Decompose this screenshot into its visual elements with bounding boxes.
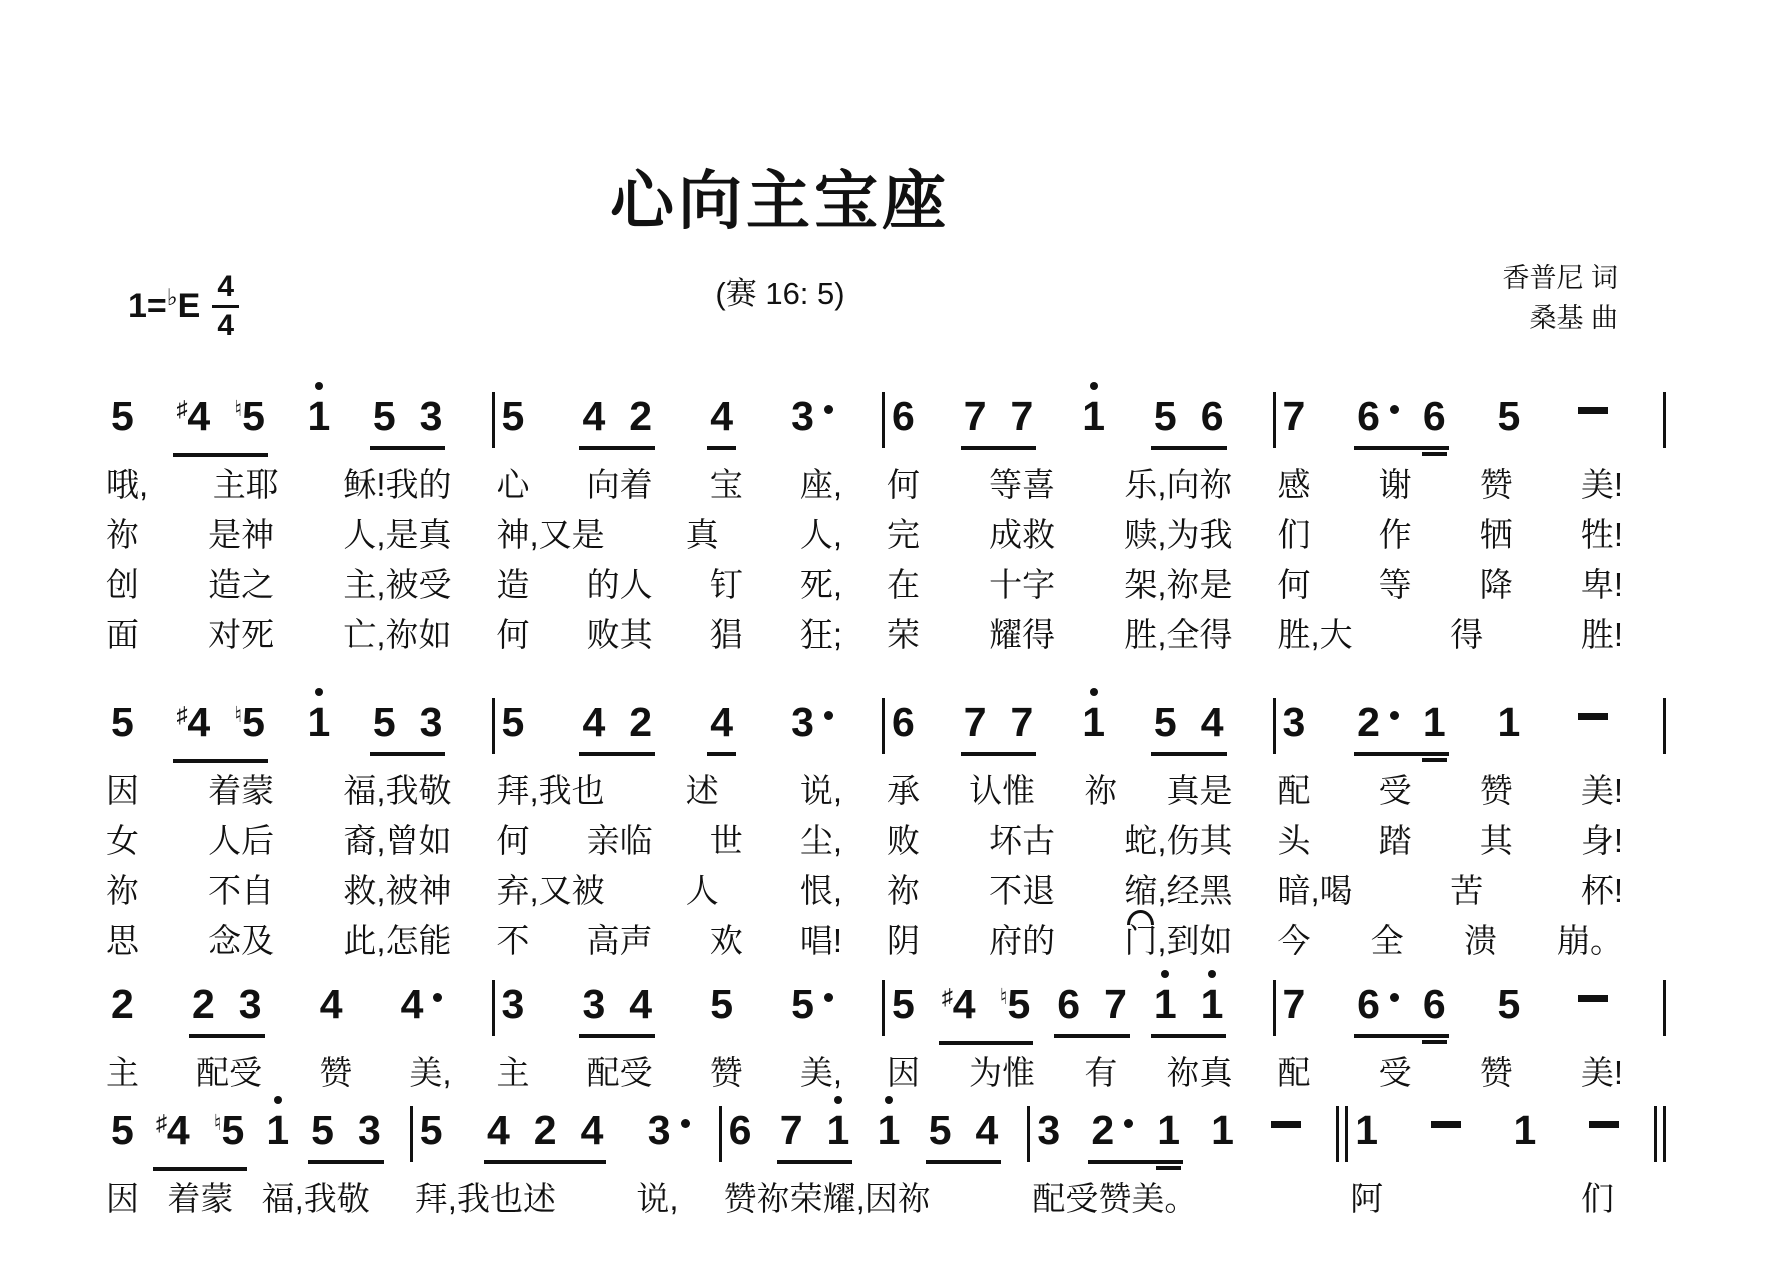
measure: 5♯4♮56711 <box>885 980 1273 1045</box>
lyric-syllable: 哦, <box>106 466 148 504</box>
lyric-spacer <box>1663 872 1666 910</box>
lyric-syllable: 福,我敬 <box>343 772 451 810</box>
note: 1 <box>878 1106 901 1154</box>
lyric-syllable: 福,我敬 <box>262 1180 370 1218</box>
lyric-syllable: 胜,全得 <box>1124 616 1232 654</box>
beamed-note-group: 71 <box>777 1106 853 1164</box>
measure: 7665 <box>1276 980 1664 1038</box>
octave-dot-icon <box>315 382 323 390</box>
beamed-note-group: ♯4♮5 <box>939 980 1034 1045</box>
lyric-syllable: 阴 <box>887 922 920 960</box>
lyric-syllable: 为惟 <box>969 1054 1035 1092</box>
note: ♮5 <box>214 1106 245 1161</box>
lyric-syllable: 创 <box>106 566 139 604</box>
lyric-syllable: 承 <box>887 772 920 810</box>
double-barline <box>1654 1106 1666 1162</box>
note-group: 5 <box>1494 392 1523 446</box>
lyric-syllable: 荣 <box>887 616 920 654</box>
barline <box>1336 1106 1339 1162</box>
note: 1 <box>1211 1106 1234 1154</box>
lyrics-cell: 女人后裔,曾如 <box>104 822 492 860</box>
note-group <box>1569 698 1617 752</box>
note: 1 <box>307 392 330 440</box>
half-note-dash-icon <box>1578 407 1608 414</box>
lyrics-row: 因着蒙福,我敬拜,我也述说,赞祢荣耀,因祢配受赞美。阿们 <box>104 1180 1666 1218</box>
lyric-syllable: 降 <box>1480 566 1513 604</box>
lyrics-cell: 何等降卑! <box>1276 566 1664 604</box>
lyrics-cell: 因着蒙福,我敬 <box>104 772 492 810</box>
lyric-syllable: 乐,向祢 <box>1124 466 1232 504</box>
barline <box>1663 698 1666 754</box>
beamed-note-group: 54 <box>926 1106 1002 1164</box>
natural-icon: ♮ <box>234 702 242 727</box>
augmentation-dot-icon <box>1390 993 1399 1002</box>
meter-numerator: 4 <box>212 272 239 308</box>
note: 7 <box>1104 980 1127 1028</box>
lyric-spacer <box>1654 1180 1666 1218</box>
note: 2 <box>111 980 134 1028</box>
dash-note <box>1425 1106 1467 1154</box>
note: 5 <box>502 392 525 440</box>
lyric-syllable: 真 <box>686 516 719 554</box>
note: 1 <box>827 1106 850 1154</box>
octave-dot-icon <box>1090 382 1098 390</box>
lyric-syllable: 缩,经黑 <box>1124 872 1232 910</box>
lyrics-row: 思念及此,怎能不高声欢唱!阴府的门,到如今全溃崩。 <box>104 922 1666 960</box>
barline <box>1663 392 1666 448</box>
note: 4 <box>581 1106 604 1154</box>
lyric-syllable: 念及 <box>208 922 274 960</box>
note: 5 <box>111 698 134 746</box>
lyrics-cell: 何亲临世尘, <box>495 822 883 860</box>
note-group: 5 <box>788 980 836 1034</box>
lyric-syllable: 裔,曾如 <box>343 822 451 860</box>
lyric-syllable: 赞 <box>1480 466 1513 504</box>
sharp-icon: ♯ <box>156 1110 167 1135</box>
note: 3 <box>1283 698 1306 746</box>
note: 2 <box>629 698 652 746</box>
notation-line: 5♯4♮5153542436771567665 <box>104 392 1666 454</box>
lyrics-cell: 造的人钉死, <box>495 566 883 604</box>
lyrics-cell: 神,又是真人, <box>495 516 883 554</box>
lyric-syllable: 十字 <box>989 566 1055 604</box>
note: 5 <box>1154 698 1177 746</box>
note: ♯4 <box>942 980 976 1035</box>
note-group: 3 <box>1280 698 1309 752</box>
lyric-syllable: 赞 <box>1480 772 1513 810</box>
note-group: 1 <box>304 392 333 446</box>
lyric-syllable: 作 <box>1379 516 1412 554</box>
lyrics-cell: 创造之主,被受 <box>104 566 492 604</box>
lyric-syllable: 溃 <box>1464 922 1497 960</box>
lyric-syllable: 苦 <box>1450 872 1483 910</box>
lyric-syllable: 座, <box>800 466 842 504</box>
half-note-dash-icon <box>1589 1121 1619 1128</box>
lyric-syllable: 女 <box>106 822 139 860</box>
note-group: 3 <box>645 1106 693 1160</box>
measure: 7665 <box>1276 392 1664 450</box>
note: 4 <box>976 1106 999 1154</box>
note: 4 <box>401 980 443 1028</box>
lyric-syllable: 配 <box>1278 772 1311 810</box>
lyric-syllable: 赞祢荣耀,因祢 <box>724 1180 931 1218</box>
note: 7 <box>1283 392 1306 440</box>
note: 5 <box>111 392 134 440</box>
beamed-note-group: 53 <box>370 698 446 756</box>
key-signature: 1=♭E44 <box>128 272 239 341</box>
note: 5 <box>502 698 525 746</box>
note: 5 <box>1497 980 1520 1028</box>
lyric-spacer <box>1663 1054 1666 1092</box>
note-group: 5 <box>108 392 137 446</box>
note-group: 3 <box>499 980 528 1034</box>
lyric-syllable: 耀得 <box>989 616 1055 654</box>
lyric-syllable: 何 <box>887 466 920 504</box>
song-title: 心向主宝座 <box>0 150 1560 242</box>
lyric-syllable: 败 <box>887 822 920 860</box>
lyric-spacer <box>1663 516 1666 554</box>
beamed-note-group: 77 <box>961 698 1037 756</box>
lyric-syllable: 美, <box>409 1054 451 1092</box>
lyrics-cell: 阴府的门,到如 <box>885 922 1273 960</box>
system-3: 22344334555♯4♮567117665主配受赞美,主配受赞美,因为惟有祢… <box>104 980 1666 1092</box>
note-group: 3 <box>788 392 836 446</box>
lyric-syllable: 稣!我的 <box>343 466 451 504</box>
lyric-syllable: 着蒙 <box>167 1180 233 1218</box>
lyric-syllable: 祢真 <box>1166 1054 1232 1092</box>
lyrics-cell: 胜,大得胜! <box>1276 616 1664 654</box>
note: 5 <box>892 980 915 1028</box>
note: 2 <box>534 1106 557 1154</box>
composer-credit: 桑基 曲 <box>1502 298 1618 338</box>
lyric-spacer <box>1663 466 1666 504</box>
measure: 5♯4♮5153 <box>104 698 492 763</box>
system-2: 5♯4♮5153542436771543211因着蒙福,我敬拜,我也述说,承认惟… <box>104 698 1666 960</box>
measure: 677156 <box>885 392 1273 450</box>
lyric-syllable: 人,是真 <box>343 516 451 554</box>
lyric-syllable: 主耶 <box>213 466 279 504</box>
lyric-syllable: 美! <box>1581 772 1623 810</box>
note: 5 <box>929 1106 952 1154</box>
lyric-syllable: 人后 <box>208 822 274 860</box>
beamed-note-group: 66 <box>1354 980 1449 1038</box>
note-group: 1 <box>263 1106 292 1160</box>
lyrics-cell: 们作牺牲! <box>1276 516 1664 554</box>
beamed-note-group: ♯4♮5 <box>173 392 268 457</box>
note: 3 <box>239 980 262 1028</box>
octave-dot-icon <box>885 1096 893 1104</box>
measure: 5♯4♮5153 <box>104 1106 410 1171</box>
notation-line: 22344334555♯4♮567117665 <box>104 980 1666 1042</box>
lyric-syllable: 主,被受 <box>343 566 451 604</box>
sharp-icon: ♯ <box>176 702 187 727</box>
beamed-note-group: 23 <box>189 980 265 1038</box>
beamed-note-group: 66 <box>1354 392 1449 450</box>
note: 4 <box>487 1106 510 1154</box>
beamed-note-group: ♯4♮5 <box>153 1106 248 1171</box>
note-group: 5 <box>108 1106 137 1160</box>
note-group: 5 <box>889 980 918 1034</box>
lyric-syllable: 美! <box>1581 466 1623 504</box>
augmentation-dot-icon <box>824 711 833 720</box>
lyrics-cell: 何等喜乐,向祢 <box>885 466 1273 504</box>
note: 6 <box>892 698 915 746</box>
lyric-syllable: 祢 <box>887 872 920 910</box>
lyrics-cell: 面对死亡,祢如 <box>104 616 492 654</box>
measure: 11 <box>1348 1106 1654 1160</box>
note-group: 7 <box>1280 392 1309 446</box>
sheet-music-page: 心向主宝座 (赛 16: 5) 1=♭E44 香普尼 词 桑基 曲 5♯4♮51… <box>0 0 1766 1265</box>
lyric-syllable: 在 <box>887 566 920 604</box>
lyric-syllable: 唱! <box>800 922 842 960</box>
lyric-syllable: 世 <box>710 822 743 860</box>
note: 5 <box>1154 392 1177 440</box>
lyric-syllable: 造之 <box>208 566 274 604</box>
beamed-note-group: 77 <box>961 392 1037 450</box>
barline <box>1663 1106 1666 1162</box>
beamed-note-group: 53 <box>308 1106 384 1164</box>
beamed-note-group: 34 <box>579 980 655 1038</box>
lyric-syllable: 主 <box>497 1054 530 1092</box>
note: 1 <box>307 698 330 746</box>
natural-icon: ♮ <box>234 396 242 421</box>
lyrics-cell: 今全溃崩。 <box>1276 922 1664 960</box>
note-group: 7 <box>1280 980 1309 1034</box>
lyric-syllable: 祢 <box>106 516 139 554</box>
lyric-syllable: 赞 <box>319 1054 352 1092</box>
note: 1 <box>1423 698 1446 746</box>
note: 1 <box>1082 698 1105 746</box>
note: 6 <box>1423 980 1446 1028</box>
note: 5 <box>1497 392 1520 440</box>
lyrics-cell: 祢不退缩,经黑 <box>885 872 1273 910</box>
note: 3 <box>420 392 443 440</box>
note: 6 <box>892 392 915 440</box>
lyric-syllable: 胜! <box>1581 616 1623 654</box>
lyric-syllable: 头 <box>1278 822 1311 860</box>
beamed-note-group: 424 <box>484 1106 606 1164</box>
lyrics-cell: 承认惟祢真是 <box>885 772 1273 810</box>
lyric-syllable: 猖 <box>710 616 743 654</box>
half-note-dash-icon <box>1578 713 1608 720</box>
lyric-syllable: 胜,大 <box>1278 616 1353 654</box>
melisma-arc: 门 <box>1124 922 1157 960</box>
note: 1 <box>1513 1106 1536 1154</box>
note: 3 <box>420 698 443 746</box>
note: ♯4 <box>176 698 210 753</box>
lyrics-cell: 暗,喝苦杯! <box>1276 872 1664 910</box>
note: 6 <box>1423 392 1446 440</box>
beamed-note-group: 21 <box>1354 698 1449 756</box>
note: 1 <box>1201 980 1224 1028</box>
lyrics-cell: 拜,我也述说, <box>495 772 883 810</box>
beamed-note-group: 42 <box>579 698 655 756</box>
measure: 33455 <box>495 980 883 1038</box>
lyric-syllable: 是神 <box>208 516 274 554</box>
flat-icon: ♭ <box>167 284 178 310</box>
lyric-syllable: 美! <box>1581 1054 1623 1092</box>
lyrics-cell: 头踏其身! <box>1276 822 1664 860</box>
lyrics-cell: 祢是神人,是真 <box>104 516 492 554</box>
lyric-syllable: 述 <box>686 772 719 810</box>
note: ♮5 <box>234 698 265 753</box>
lyrics-cell: 主配受赞美, <box>104 1054 492 1092</box>
note: 5 <box>373 698 396 746</box>
lyric-syllable: 感 <box>1278 466 1311 504</box>
octave-dot-icon <box>1208 970 1216 978</box>
lyric-spacer <box>1336 1180 1348 1218</box>
lyric-syllable: 狂; <box>800 616 842 654</box>
lyric-syllable: 暗,喝 <box>1278 872 1353 910</box>
beamed-note-group: ♯4♮5 <box>173 698 268 763</box>
lyric-syllable: 弃,又被 <box>497 872 605 910</box>
note-group: 4 <box>398 980 446 1034</box>
lyrics-cell: 因着蒙福,我敬 <box>104 1180 410 1218</box>
note: 7 <box>964 392 987 440</box>
lyric-syllable: 身! <box>1581 822 1623 860</box>
note: 1 <box>1154 980 1177 1028</box>
note: 3 <box>582 980 605 1028</box>
beamed-note-group: 53 <box>370 392 446 450</box>
lyric-syllable: 谢 <box>1379 466 1412 504</box>
note: ♮5 <box>234 392 265 447</box>
note-group: 5 <box>1494 980 1523 1034</box>
lyric-syllable: 因 <box>887 1054 920 1092</box>
augmentation-dot-icon <box>681 1119 690 1128</box>
note-group: 1 <box>875 1106 904 1160</box>
lyric-syllable: 面 <box>106 616 139 654</box>
lyric-syllable: 思 <box>106 922 139 960</box>
lyrics-cell: 配受赞美。 <box>1030 1180 1336 1218</box>
note: 7 <box>780 1106 803 1154</box>
lyric-syllable: 配受赞美。 <box>1032 1180 1197 1218</box>
beamed-note-group: 4 <box>707 698 736 756</box>
note-group: 5 <box>499 698 528 752</box>
note: 2 <box>629 392 652 440</box>
augmentation-dot-icon <box>1124 1119 1133 1128</box>
notation-line: 5♯4♮5153542436771543211 <box>104 698 1666 760</box>
measure: 54243 <box>495 392 883 450</box>
note: 6 <box>1201 392 1224 440</box>
lyric-syllable: 说, <box>636 1180 678 1218</box>
lyric-syllable: 因 <box>106 772 139 810</box>
lyric-syllable: 祢 <box>1084 772 1117 810</box>
note-group: 5 <box>108 698 137 752</box>
lyric-syllable: 等 <box>1379 566 1412 604</box>
lyric-syllable: 不自 <box>208 872 274 910</box>
note-group: 1 <box>1510 1106 1539 1160</box>
lyric-syllable: 亡,祢如 <box>343 616 451 654</box>
lyric-syllable: 高声 <box>587 922 653 960</box>
note: 4 <box>582 392 605 440</box>
dash-note <box>1572 392 1614 440</box>
lyrics-cell: 拜,我也述说, <box>413 1180 719 1218</box>
note: 2 <box>1357 698 1399 746</box>
lyric-syllable: 宝 <box>710 466 743 504</box>
augmentation-dot-icon <box>1390 711 1399 720</box>
note: 1 <box>1355 1106 1378 1154</box>
lyrics-cell: 弃,又被人恨, <box>495 872 883 910</box>
lyric-syllable: 因 <box>106 1180 139 1218</box>
note: 5 <box>373 392 396 440</box>
lyric-syllable: 欢 <box>710 922 743 960</box>
half-note-dash-icon <box>1431 1121 1461 1128</box>
note: 6 <box>1057 980 1080 1028</box>
barline <box>1654 1106 1657 1162</box>
lyric-syllable: 拜,我也 <box>497 772 605 810</box>
lyrics-cell: 主配受赞美, <box>495 1054 883 1092</box>
note-group: 5 <box>707 980 736 1034</box>
note-group: 6 <box>889 698 918 752</box>
lyrics-cell: 配受赞美! <box>1276 1054 1664 1092</box>
dash-note <box>1265 1106 1307 1154</box>
half-note-dash-icon <box>1271 1121 1301 1128</box>
note-group <box>1569 392 1617 446</box>
lyric-syllable: 踏 <box>1379 822 1412 860</box>
lyrics-row: 因着蒙福,我敬拜,我也述说,承认惟祢真是配受赞美! <box>104 772 1666 810</box>
beamed-note-group: 67 <box>1054 980 1130 1038</box>
lyric-spacer <box>1663 772 1666 810</box>
note-group: 5 <box>499 392 528 446</box>
note: 6 <box>1357 980 1399 1028</box>
note-group <box>1569 980 1617 1034</box>
lyrics-cell: 败坏古蛇,伤其 <box>885 822 1273 860</box>
note: 5 <box>420 1106 443 1154</box>
octave-dot-icon <box>1090 688 1098 696</box>
system-4: 5♯4♮515354243671154321111因着蒙福,我敬拜,我也述说,赞… <box>104 1106 1666 1218</box>
half-note-dash-icon <box>1578 995 1608 1002</box>
key-prefix: 1= <box>128 287 167 325</box>
lyric-syllable: 牺 <box>1480 516 1513 554</box>
lyric-syllable: 认惟 <box>969 772 1035 810</box>
lyrics-row: 面对死亡,祢如何败其猖狂;荣耀得胜,全得胜,大得胜! <box>104 616 1666 654</box>
note: 3 <box>502 980 525 1028</box>
lyric-syllable: 恨, <box>800 872 842 910</box>
beamed-note-group: 54 <box>1151 698 1227 756</box>
lyrics-cell: 思念及此,怎能 <box>104 922 492 960</box>
lyrics-cell: 赞祢荣耀,因祢 <box>722 1180 1028 1218</box>
measure: 5♯4♮5153 <box>104 392 492 457</box>
note: ♯4 <box>176 392 210 447</box>
measure: 54243 <box>495 698 883 756</box>
beamed-note-group: 21 <box>1088 1106 1183 1164</box>
measure: 22344 <box>104 980 492 1038</box>
note-group: 6 <box>889 392 918 446</box>
lyric-syllable: 何 <box>497 822 530 860</box>
lyric-syllable: 受 <box>1379 1054 1412 1092</box>
meter-denominator: 4 <box>212 308 239 341</box>
lyric-syllable: 救,被神 <box>343 872 451 910</box>
note: 3 <box>791 698 833 746</box>
lyric-syllable: 赎,为我 <box>1124 516 1232 554</box>
system-1: 5♯4♮5153542436771567665哦,主耶稣!我的心向着宝座,何等喜… <box>104 392 1666 654</box>
note: 3 <box>791 392 833 440</box>
note: 5 <box>311 1106 334 1154</box>
dash-note <box>1583 1106 1625 1154</box>
note-group: 5 <box>417 1106 446 1160</box>
lyric-syllable: 等喜 <box>989 466 1055 504</box>
lyrics-cell: 配受赞美! <box>1276 772 1664 810</box>
lyric-syllable: 赞 <box>1480 1054 1513 1092</box>
note: 3 <box>358 1106 381 1154</box>
lyric-syllable: 人, <box>800 516 842 554</box>
note: 6 <box>729 1106 752 1154</box>
measure: 3211 <box>1030 1106 1336 1164</box>
note-group <box>1422 1106 1470 1160</box>
lyric-syllable: 全 <box>1371 922 1404 960</box>
lyric-syllable: 门,到如 <box>1124 922 1232 960</box>
lyrics-cell: 完成救赎,为我 <box>885 516 1273 554</box>
